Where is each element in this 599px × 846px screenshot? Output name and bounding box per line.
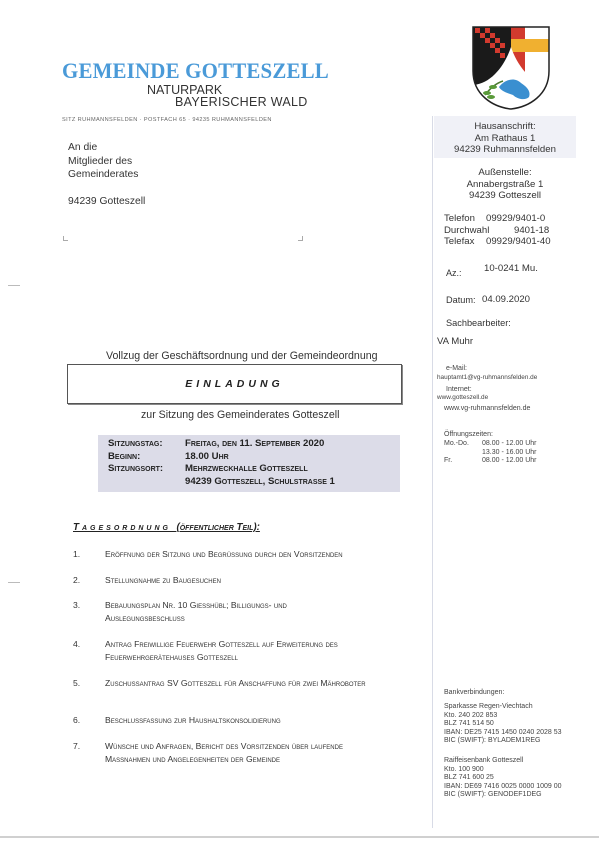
internet-link-vg[interactable]: www.vg-ruhmannsfelden.de (444, 405, 530, 414)
info-value: Freitag, den 11. September 2020 (185, 438, 324, 451)
sender-line: SITZ RUHMANNSFELDEN · POSTFACH 65 · 9423… (62, 117, 272, 123)
bank-label: Bankverbindungen: (444, 689, 504, 698)
aussenstelle: Außenstelle: Annabergstraße 1 94239 Gott… (434, 167, 576, 202)
agenda-text: Eröffnung der Sitzung und Begrüßung durc… (105, 548, 445, 561)
subject-line: Vollzug der Geschäftsordnung und der Gem… (106, 350, 378, 362)
municipality-title: GEMEINDE GOTTESZELL (62, 58, 329, 84)
agenda-text: Bebauungsplan Nr. 10 Gießhübl; Billigung… (105, 599, 335, 624)
hausanschrift-label: Hausanschrift: (434, 121, 576, 133)
fold-mark (8, 582, 20, 583)
agenda-text: Beschlussfassung zur Haushaltskonsolidie… (105, 714, 405, 727)
fax-value: 09929/9401-40 (486, 236, 551, 248)
agenda-num: 2. (73, 574, 80, 587)
hours-label: Öffnungszeiten: (444, 431, 493, 440)
agenda-num: 3. (73, 599, 80, 612)
email-label: e-Mail: (446, 365, 467, 374)
bank-blz: BLZ 741 600 25 (444, 774, 562, 783)
info-label: Beginn: (108, 451, 185, 464)
aussenstelle-label: Außenstelle: (434, 167, 576, 179)
agenda-num: 7. (73, 740, 80, 753)
bank-blz: BLZ 741 514 50 (444, 720, 562, 729)
datum-label: Datum: (446, 295, 476, 307)
recipient-line (68, 182, 145, 196)
durchwahl-label: Durchwahl (444, 225, 514, 237)
page-bottom-edge (0, 836, 599, 838)
agenda-num: 5. (73, 677, 80, 690)
agenda-heading: Tagesordnung (öffentlicher Teil): (73, 522, 260, 533)
agenda-num: 6. (73, 714, 80, 727)
bank-name: Sparkasse Regen-Viechtach (444, 703, 562, 712)
fax-label: Telefax (444, 236, 486, 248)
durchwahl-value: 9401-18 (514, 225, 549, 237)
info-value: Mehrzweckhalle Gotteszell (185, 463, 308, 476)
hausanschrift-street: Am Rathaus 1 (434, 133, 576, 145)
agenda-text: Wünsche und Anfragen, Bericht des Vorsit… (105, 740, 375, 765)
recipient-line: Gemeinderates (68, 168, 145, 182)
bank-kto: Kto. 100 900 (444, 766, 562, 775)
info-value: 94239 Gotteszell, Schulstraße 1 (185, 476, 335, 489)
recipient-line: Mitglieder des (68, 155, 145, 169)
agenda-text: Antrag Freiwillige Feuerwehr Gotteszell … (105, 638, 405, 663)
bank-iban: IBAN: DE25 7415 1450 0240 2028 53 (444, 729, 562, 738)
info-label: Sitzungsort: (108, 463, 185, 476)
recipient-line: An die (68, 141, 145, 155)
recipient-line: 94239 Gotteszell (68, 195, 145, 209)
fold-mark (8, 285, 20, 286)
subtitle-bayerischer-wald: BAYERISCHER WALD (175, 95, 308, 109)
meeting-info: Sitzungstag:Freitag, den 11. September 2… (108, 438, 335, 488)
meeting-subtitle: zur Sitzung des Gemeinderates Gotteszell (141, 409, 339, 421)
agenda-subtitle: (öffentlicher Teil): (176, 522, 259, 533)
hours-table: Mo.-Do.08.00 - 12.00 Uhr 13.30 - 16.00 U… (444, 440, 584, 466)
phone-block: Telefon09929/9401-0 Durchwahl9401-18 Tel… (444, 213, 584, 248)
agenda-title: Tagesordnung (73, 522, 171, 533)
agenda-num: 4. (73, 638, 80, 651)
info-label: Sitzungstag: (108, 438, 185, 451)
recipient-address: An die Mitglieder des Gemeinderates 9423… (68, 141, 145, 209)
internet-link-gotteszell[interactable]: www.gotteszell.de (437, 394, 488, 403)
sachbearbeiter-label: Sachbearbeiter: (446, 318, 511, 330)
bank-raiffeisen: Raiffeisenbank Gotteszell Kto. 100 900 B… (444, 757, 562, 800)
aussenstelle-city: 94239 Gotteszell (434, 190, 576, 202)
datum-value: 04.09.2020 (482, 294, 530, 306)
bank-bic: BIC (SWIFT): BYLADEM1REG (444, 737, 562, 746)
bank-name: Raiffeisenbank Gotteszell (444, 757, 562, 766)
hours-time: 08.00 - 12.00 Uhr (482, 457, 536, 466)
einladung-box: EINLADUNG (67, 364, 402, 404)
phone-label: Telefon (444, 213, 486, 225)
bank-bic: BIC (SWIFT): GENODEF1DEG (444, 791, 562, 800)
hours-day: Fr. (444, 457, 482, 466)
address-window-mark (298, 236, 303, 241)
coat-of-arms-icon (471, 25, 551, 111)
email-link[interactable]: hauptamt1@vg-ruhmannsfelden.de (437, 374, 537, 383)
hours-time: 08.00 - 12.00 Uhr (482, 440, 536, 449)
hausanschrift: Hausanschrift: Am Rathaus 1 94239 Ruhman… (434, 121, 576, 156)
agenda-num: 1. (73, 548, 80, 561)
address-window-mark (63, 236, 68, 241)
agenda-text: Stellungnahme zu Baugesuchen (105, 574, 405, 587)
einladung-heading: EINLADUNG (185, 378, 283, 390)
az-value: 10-0241 Mu. (484, 263, 538, 275)
phone-value: 09929/9401-0 (486, 213, 545, 225)
bank-kto: Kto. 240 202 853 (444, 712, 562, 721)
sachbearbeiter-value: VA Muhr (437, 336, 473, 348)
hours-time: 13.30 - 16.00 Uhr (482, 449, 536, 458)
hours-day (444, 449, 482, 458)
info-label (108, 476, 185, 489)
bank-sparkasse: Sparkasse Regen-Viechtach Kto. 240 202 8… (444, 703, 562, 746)
info-value: 18.00 Uhr (185, 451, 229, 464)
bank-iban: IBAN: DE69 7416 0025 0000 1009 00 (444, 783, 562, 792)
hours-day: Mo.-Do. (444, 440, 482, 449)
hausanschrift-city: 94239 Ruhmannsfelden (434, 144, 576, 156)
aussenstelle-street: Annabergstraße 1 (434, 179, 576, 191)
agenda-text: Zuschussantrag SV Gotteszell für Anschaf… (105, 677, 375, 690)
az-label: Az.: (446, 268, 462, 280)
